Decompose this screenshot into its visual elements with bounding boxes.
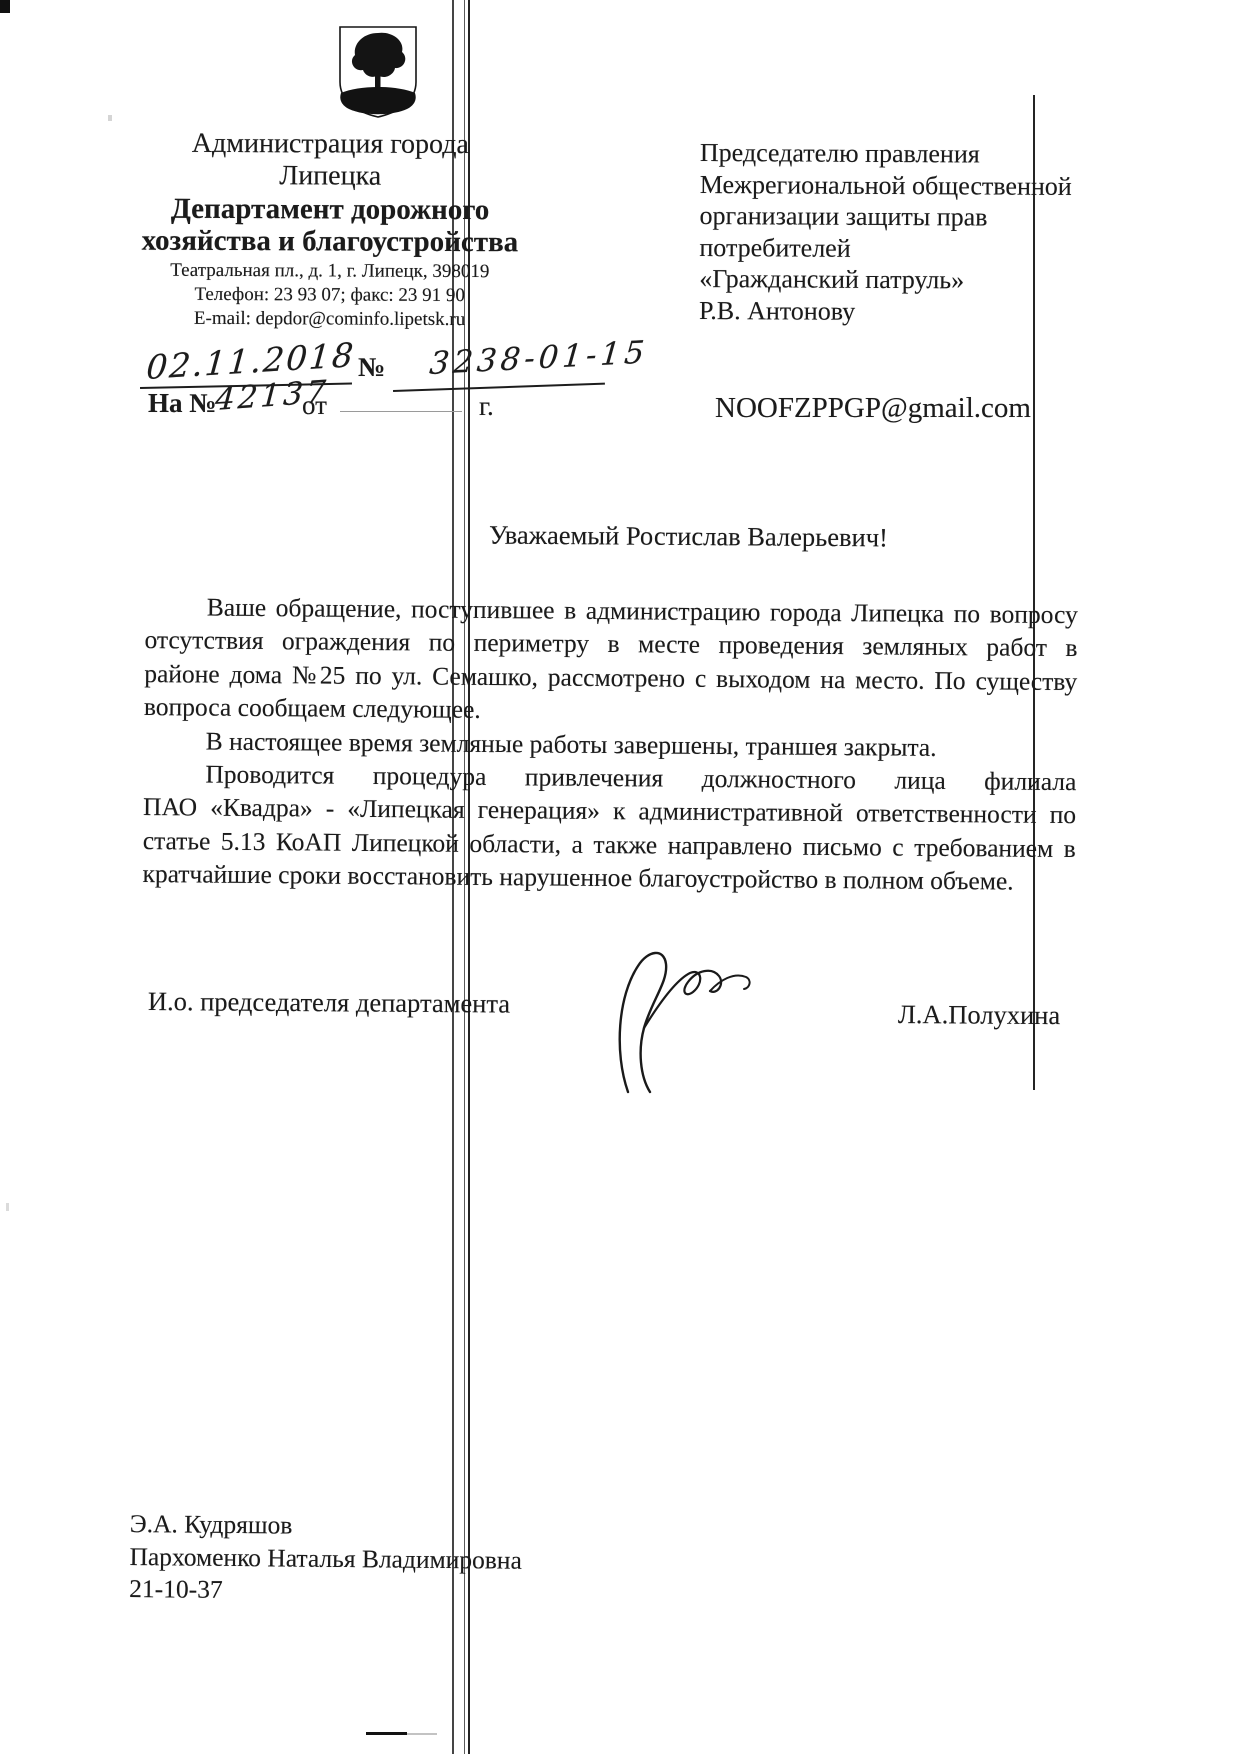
contact-person: Пархоменко Наталья Владимировна	[129, 1540, 522, 1576]
scan-speck	[6, 1203, 9, 1211]
addressee-block: Председателю правления Межрегиональной о…	[699, 137, 1072, 328]
reply-date-underline	[340, 411, 462, 412]
addressee-email: NOOFZPPGP@gmail.com	[715, 392, 1031, 425]
contact-phone: 21-10-37	[129, 1573, 522, 1609]
dept-name-line2: хозяйства и благоустройства	[139, 225, 521, 260]
org-name-line2: Липецка	[139, 160, 521, 194]
signer-name: Л.А.Полухина	[898, 999, 1060, 1031]
year-suffix-label: г.	[479, 391, 494, 422]
org-phone: Телефон: 23 93 07; факс: 23 91 90	[139, 284, 521, 308]
scan-bottom-line	[366, 1732, 407, 1735]
body-line: кратчайшие сроки восстановить нарушенное…	[142, 857, 1075, 899]
number-underline	[393, 383, 605, 392]
number-sign-label: №	[358, 352, 385, 383]
addressee-line: Председателю правления	[700, 137, 1072, 170]
addressee-line: Р.В. Антонову	[699, 294, 1071, 327]
handwritten-signature	[598, 940, 793, 1098]
reply-from-label: от	[302, 390, 327, 421]
dept-name-line1: Департамент дорожного	[139, 193, 521, 228]
org-address: Театральная пл., д. 1, г. Липецк, 398019	[139, 260, 521, 284]
org-name-line1: Администрация города	[139, 128, 521, 162]
addressee-line: организации защиты прав	[700, 200, 1072, 233]
letterhead: Администрация города Липецка Департамент…	[0, 0, 600, 343]
signer-title: И.о. председателя департамента	[148, 986, 510, 1020]
letter-body: Ваше обращение, поступившее в администра…	[142, 590, 1078, 899]
addressee-line: «Гражданский патруль»	[699, 263, 1071, 296]
scan-bottom-line-faint	[407, 1733, 437, 1735]
executor-block: Э.А. Кудряшов Пархоменко Наталья Владими…	[129, 1508, 522, 1609]
salutation: Уважаемый Ростислав Валерьевич!	[489, 520, 888, 554]
addressee-line: потребителей	[699, 231, 1071, 264]
scanned-letter-page: Администрация города Липецка Департамент…	[0, 0, 1240, 1754]
executor-name: Э.А. Кудряшов	[130, 1508, 523, 1544]
addressee-line: Межрегиональной общественной	[700, 168, 1072, 201]
org-email: E-mail: depdor@cominfo.lipetsk.ru	[139, 308, 521, 332]
reply-to-label: На №	[148, 388, 216, 419]
